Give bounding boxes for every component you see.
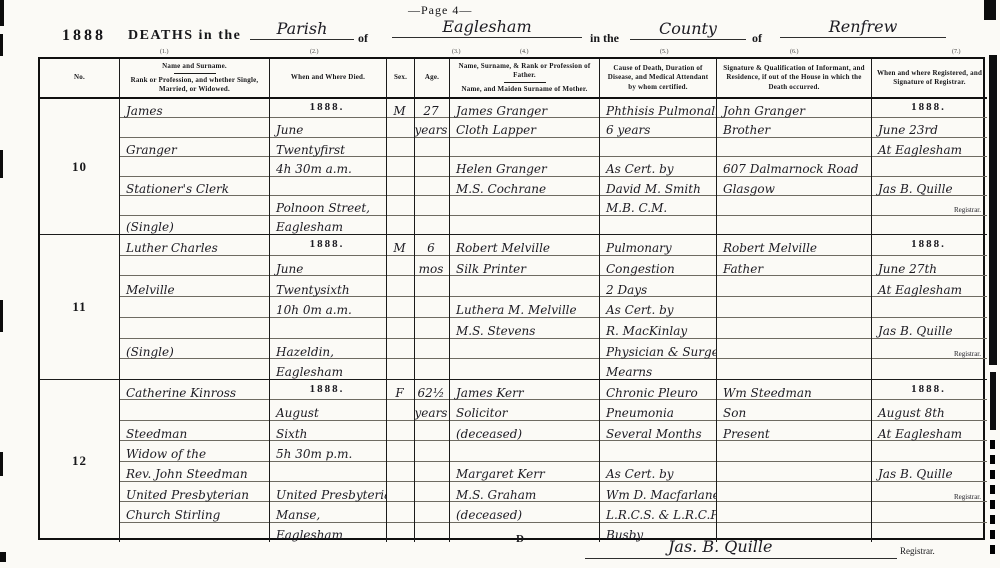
title-of: of (358, 31, 368, 46)
col-header-no: No. (40, 59, 120, 99)
row11-died-cell: 1888.JuneTwentysixth10h 0m a.m. Hazeldin… (270, 235, 387, 380)
handwritten-line (270, 462, 386, 482)
scan-artifact (984, 0, 996, 20)
footnote-mark: (7.) (952, 49, 961, 55)
handwritten-line (450, 523, 599, 542)
handwritten-line: Steedman (120, 421, 269, 441)
row10-age-cell: 27years (415, 99, 450, 235)
handwritten-line: Jas B. Quille (872, 318, 987, 339)
handwritten-line (415, 196, 449, 215)
handwritten-line (717, 216, 871, 234)
handwritten-line: 607 Dalmarnock Road (717, 157, 871, 176)
handwritten-line: Jas B. Quille (872, 462, 987, 482)
row10-cause-cell: Phthisis Pulmonalis6 years As Cert. byDa… (600, 99, 717, 235)
handwritten-line (120, 400, 269, 420)
row11-sex-cell: M (387, 235, 415, 380)
row12-sex-cell: F (387, 380, 415, 542)
handwritten-line (387, 196, 414, 215)
handwritten-line: At Eaglesham (872, 421, 987, 441)
handwritten-line: Melville (120, 276, 269, 297)
handwritten-line: M.S. Graham (450, 482, 599, 502)
row12-parents-cell: James KerrSolicitor(deceased) Margaret K… (450, 380, 600, 542)
handwritten-line: 6 years (600, 118, 716, 137)
col-header-mother: Name, and Maiden Surname of Mother. (462, 85, 588, 94)
handwritten-line: years (415, 118, 449, 137)
handwritten-line (387, 297, 414, 318)
handwritten-line: James (120, 99, 269, 118)
scan-artifact (989, 55, 997, 365)
handwritten-line (120, 297, 269, 318)
handwritten-line: M.B. C.M. (600, 196, 716, 215)
handwritten-line: L.R.C.S. & L.R.C.P. E. (600, 502, 716, 522)
handwritten-line (415, 339, 449, 360)
footnote-mark: (3.) (452, 49, 461, 55)
handwritten-line: Registrar. (872, 339, 987, 360)
handwritten-county-name: Renfrew (780, 17, 946, 38)
handwritten-line: Hazeldin, (270, 339, 386, 360)
handwritten-line (415, 177, 449, 196)
handwritten-line: Registrar. (872, 482, 987, 502)
col-header-name: Name and Surname. Rank or Profession, an… (120, 59, 270, 99)
handwritten-line: Chronic Pleuro (600, 380, 716, 400)
handwritten-line (415, 216, 449, 234)
scan-artifact (0, 452, 3, 476)
row12-died-cell: 1888.AugustSixth5h 30m p.m. United Presb… (270, 380, 387, 542)
handwritten-line: Pulmonary (600, 235, 716, 256)
handwritten-line (872, 359, 987, 379)
handwritten-line: Eaglesham (270, 216, 386, 234)
handwritten-line: R. MacKinlay (600, 318, 716, 339)
handwritten-line (415, 157, 449, 176)
footnote-mark: (5.) (660, 49, 669, 55)
col-header-cause: Cause of Death, Duration of Disease, and… (600, 59, 717, 99)
scan-artifact (0, 150, 3, 178)
handwritten-line: James Kerr (450, 380, 599, 400)
handwritten-line: 1888. (270, 235, 386, 256)
handwritten-parish-name: Eaglesham (392, 17, 582, 38)
handwritten-line: 6 (415, 235, 449, 256)
handwritten-line (872, 157, 987, 176)
handwritten-line (387, 400, 414, 420)
handwritten-line: August 8th (872, 400, 987, 420)
col-header-sex: Sex. (387, 59, 415, 99)
header-divider (174, 73, 216, 74)
handwritten-line: Father (717, 256, 871, 277)
handwritten-line: Mearns (600, 359, 716, 379)
handwritten-line: years (415, 400, 449, 420)
handwritten-line (717, 502, 871, 522)
scan-artifact (0, 0, 4, 26)
handwritten-line: Silk Printer (450, 256, 599, 277)
handwritten-line (387, 157, 414, 176)
handwritten-line: 1888. (270, 380, 386, 400)
registrar-label: Registrar. (900, 546, 935, 556)
handwritten-line: Present (717, 421, 871, 441)
col-header-age: Age. (415, 59, 450, 99)
signature-rule (585, 558, 897, 559)
handwritten-line (387, 318, 414, 339)
handwritten-line (415, 502, 449, 522)
handwritten-line: (deceased) (450, 502, 599, 522)
footnote-mark: (4.) (520, 49, 529, 55)
row11-informant-cell: Robert MelvilleFather (717, 235, 872, 380)
handwritten-line: United Presbyterian (270, 482, 386, 502)
handwritten-line (450, 339, 599, 360)
handwritten-line (387, 138, 414, 157)
handwritten-line (717, 482, 871, 502)
handwritten-line: mos (415, 256, 449, 277)
handwritten-line (872, 441, 987, 461)
handwritten-line: 62½ (415, 380, 449, 400)
handwritten-line: Margaret Kerr (450, 462, 599, 482)
handwritten-line: Jas B. Quille (872, 177, 987, 196)
handwritten-line: Manse, (270, 502, 386, 522)
handwritten-line: John Granger (717, 99, 871, 118)
handwritten-line (600, 216, 716, 234)
handwritten-line: 10h 0m a.m. (270, 297, 386, 318)
row11-age-cell: 6mos (415, 235, 450, 380)
handwritten-line: At Eaglesham (872, 138, 987, 157)
handwritten-line (450, 196, 599, 215)
row10-sex-cell: M (387, 99, 415, 235)
title-of-2: of (752, 31, 762, 46)
handwritten-line (120, 318, 269, 339)
header-divider (504, 82, 546, 83)
scan-artifact (0, 300, 3, 332)
handwritten-line (387, 482, 414, 502)
handwritten-line (387, 118, 414, 137)
handwritten-line: Robert Melville (717, 235, 871, 256)
handwritten-line: 2 Days (600, 276, 716, 297)
row11-parents-cell: Robert MelvilleSilk Printer Luthera M. M… (450, 235, 600, 380)
handwritten-line: Widow of the (120, 441, 269, 461)
row12-age-cell: 62½years (415, 380, 450, 542)
handwritten-line (270, 318, 386, 339)
handwritten-parish-word: Parish (250, 19, 354, 40)
handwritten-line: Sixth (270, 421, 386, 441)
handwritten-line (415, 523, 449, 542)
handwritten-line (120, 256, 269, 277)
handwritten-line (450, 276, 599, 297)
registrar-signature: Jas. B. Quille (668, 537, 773, 556)
col-header-registered: When and where Registered, and Signature… (872, 59, 987, 99)
handwritten-line (450, 138, 599, 157)
handwritten-line: June (270, 118, 386, 137)
handwritten-line (415, 297, 449, 318)
handwritten-line (415, 421, 449, 441)
handwritten-line (387, 177, 414, 196)
handwritten-line: Luther Charles (120, 235, 269, 256)
handwritten-line (120, 118, 269, 137)
handwritten-line: 1888. (872, 235, 987, 256)
handwritten-line (600, 441, 716, 461)
title-deaths-in-the: DEATHS in the (128, 28, 241, 44)
row11-name-cell: Luther Charles Melville (Single) (120, 235, 270, 380)
col-header-name-line2: Rank or Profession, and whether Single, … (123, 76, 266, 94)
handwritten-line (872, 523, 987, 542)
handwritten-line: Luthera M. Melville (450, 297, 599, 318)
handwritten-line (387, 523, 414, 542)
handwritten-line: James Granger (450, 99, 599, 118)
handwritten-line: Church Stirling (120, 502, 269, 522)
handwritten-line: (Single) (120, 339, 269, 360)
handwritten-line: Stationer's Clerk (120, 177, 269, 196)
handwritten-line: 1888. (872, 99, 987, 118)
col-header-father: Name, Surname, & Rank or Profession of F… (453, 62, 596, 80)
footnote-mark: (6.) (790, 49, 799, 55)
handwritten-line: Eaglesham (270, 523, 386, 542)
handwritten-line (120, 523, 269, 542)
handwritten-line: F (387, 380, 414, 400)
row11-registered-cell: 1888.June 27thAt Eaglesham Jas B. Quille… (872, 235, 987, 380)
row12-informant-cell: Wm SteedmanSonPresent (717, 380, 872, 542)
handwritten-line: June 23rd (872, 118, 987, 137)
row10-parents-cell: James GrangerCloth Lapper Helen GrangerM… (450, 99, 600, 235)
col-header-died: When and Where Died. (270, 59, 387, 99)
handwritten-line: Pneumonia (600, 400, 716, 420)
handwritten-line (450, 359, 599, 379)
handwritten-line (450, 216, 599, 234)
row11-entry-number: 11 (40, 235, 120, 380)
handwritten-line (717, 318, 871, 339)
handwritten-line (717, 138, 871, 157)
handwritten-line: (Single) (120, 216, 269, 234)
row12-name-cell: Catherine Kinross SteedmanWidow of theRe… (120, 380, 270, 542)
scan-artifact (990, 440, 995, 558)
handwritten-line (450, 441, 599, 461)
handwritten-line: David M. Smith (600, 177, 716, 196)
scan-artifact (0, 34, 3, 56)
title-in-the: in the (590, 31, 619, 46)
death-register-scan: { "page": { "page_label": "—Page 4—", "y… (0, 0, 1000, 568)
handwritten-line (120, 157, 269, 176)
page-number-label: —Page 4— (408, 3, 472, 18)
col-header-name-line1: Name and Surname. (162, 62, 227, 71)
row12-cause-cell: Chronic PleuroPneumoniaSeveral Months As… (600, 380, 717, 542)
handwritten-line (717, 297, 871, 318)
handwritten-line (120, 196, 269, 215)
handwritten-line: As Cert. by (600, 157, 716, 176)
handwritten-line (387, 441, 414, 461)
handwritten-line (387, 256, 414, 277)
row10-died-cell: 1888.JuneTwentyfirst4h 30m a.m. Polnoon … (270, 99, 387, 235)
handwritten-line: 4h 30m a.m. (270, 157, 386, 176)
handwritten-line: 1888. (270, 99, 386, 118)
handwritten-line: 27 (415, 99, 449, 118)
handwritten-line (717, 339, 871, 360)
handwritten-line (120, 359, 269, 379)
handwritten-line: 1888. (872, 380, 987, 400)
handwritten-line (415, 441, 449, 461)
handwritten-line (600, 138, 716, 157)
handwritten-line (717, 359, 871, 379)
handwritten-line (387, 216, 414, 234)
handwritten-line: M (387, 99, 414, 118)
register-year: 1888 (62, 27, 106, 45)
handwritten-line: United Presbyterian (120, 482, 269, 502)
handwritten-line: Rev. John Steedman (120, 462, 269, 482)
handwritten-line: (deceased) (450, 421, 599, 441)
handwritten-line (415, 359, 449, 379)
handwritten-line: Several Months (600, 421, 716, 441)
handwritten-line: Granger (120, 138, 269, 157)
handwritten-line (415, 276, 449, 297)
handwritten-line (415, 138, 449, 157)
row10-registered-cell: 1888.June 23rdAt Eaglesham Jas B. Quille… (872, 99, 987, 235)
row10-name-cell: James Granger Stationer's Clerk (Single) (120, 99, 270, 235)
handwritten-line: 5h 30m p.m. (270, 441, 386, 461)
handwritten-line (387, 359, 414, 379)
handwritten-line (415, 482, 449, 502)
handwritten-line (415, 318, 449, 339)
handwritten-line (270, 177, 386, 196)
death-register-table: No. Name and Surname. Rank or Profession… (38, 57, 985, 540)
handwritten-line: Polnoon Street, (270, 196, 386, 215)
handwritten-line: Wm Steedman (717, 380, 871, 400)
handwritten-line: Brother (717, 118, 871, 137)
handwritten-line: At Eaglesham (872, 276, 987, 297)
handwritten-line: August (270, 400, 386, 420)
handwritten-line: Glasgow (717, 177, 871, 196)
handwritten-line (387, 502, 414, 522)
handwritten-line (387, 276, 414, 297)
handwritten-line: Twentysixth (270, 276, 386, 297)
handwritten-line (387, 421, 414, 441)
handwritten-line: Phthisis Pulmonalis (600, 99, 716, 118)
handwritten-line: Physician & Surgeon (600, 339, 716, 360)
handwritten-line (717, 196, 871, 215)
handwritten-line: June 27th (872, 256, 987, 277)
scan-artifact (0, 552, 6, 562)
handwritten-line: M.S. Stevens (450, 318, 599, 339)
handwritten-line: Wm D. Macfarlane (600, 482, 716, 502)
handwritten-line (717, 462, 871, 482)
handwritten-line: Catherine Kinross (120, 380, 269, 400)
handwritten-line: Twentyfirst (270, 138, 386, 157)
handwritten-line (415, 462, 449, 482)
handwritten-line: As Cert. by (600, 462, 716, 482)
handwritten-line (717, 276, 871, 297)
handwritten-line (387, 339, 414, 360)
row12-registered-cell: 1888.August 8thAt Eaglesham Jas B. Quill… (872, 380, 987, 542)
footnote-mark: (1.) (160, 49, 169, 55)
handwritten-line: Eaglesham (270, 359, 386, 379)
handwritten-line: June (270, 256, 386, 277)
handwritten-line: Helen Granger (450, 157, 599, 176)
row12-entry-number: 12 (40, 380, 120, 542)
col-header-parents: Name, Surname, & Rank or Profession of F… (450, 59, 600, 99)
row10-entry-number: 10 (40, 99, 120, 235)
row11-cause-cell: PulmonaryCongestion2 DaysAs Cert. byR. M… (600, 235, 717, 380)
handwritten-line: Congestion (600, 256, 716, 277)
handwritten-line (717, 441, 871, 461)
handwritten-line (387, 462, 414, 482)
row10-informant-cell: John GrangerBrother 607 Dalmarnock RoadG… (717, 99, 872, 235)
handwritten-line (872, 502, 987, 522)
handwritten-line: As Cert. by (600, 297, 716, 318)
scan-artifact (990, 372, 996, 430)
footnote-mark: (2.) (310, 49, 319, 55)
handwritten-county-word: County (630, 19, 746, 40)
handwritten-line: Registrar. (872, 196, 987, 215)
handwritten-line: Son (717, 400, 871, 420)
handwritten-line: M.S. Cochrane (450, 177, 599, 196)
col-header-informant: Signature & Qualification of Informant, … (717, 59, 872, 99)
sheet-letter: D (516, 533, 524, 545)
handwritten-line (872, 297, 987, 318)
handwritten-line: Robert Melville (450, 235, 599, 256)
handwritten-line: M (387, 235, 414, 256)
handwritten-line: Cloth Lapper (450, 118, 599, 137)
handwritten-line: Solicitor (450, 400, 599, 420)
handwritten-line (872, 216, 987, 234)
